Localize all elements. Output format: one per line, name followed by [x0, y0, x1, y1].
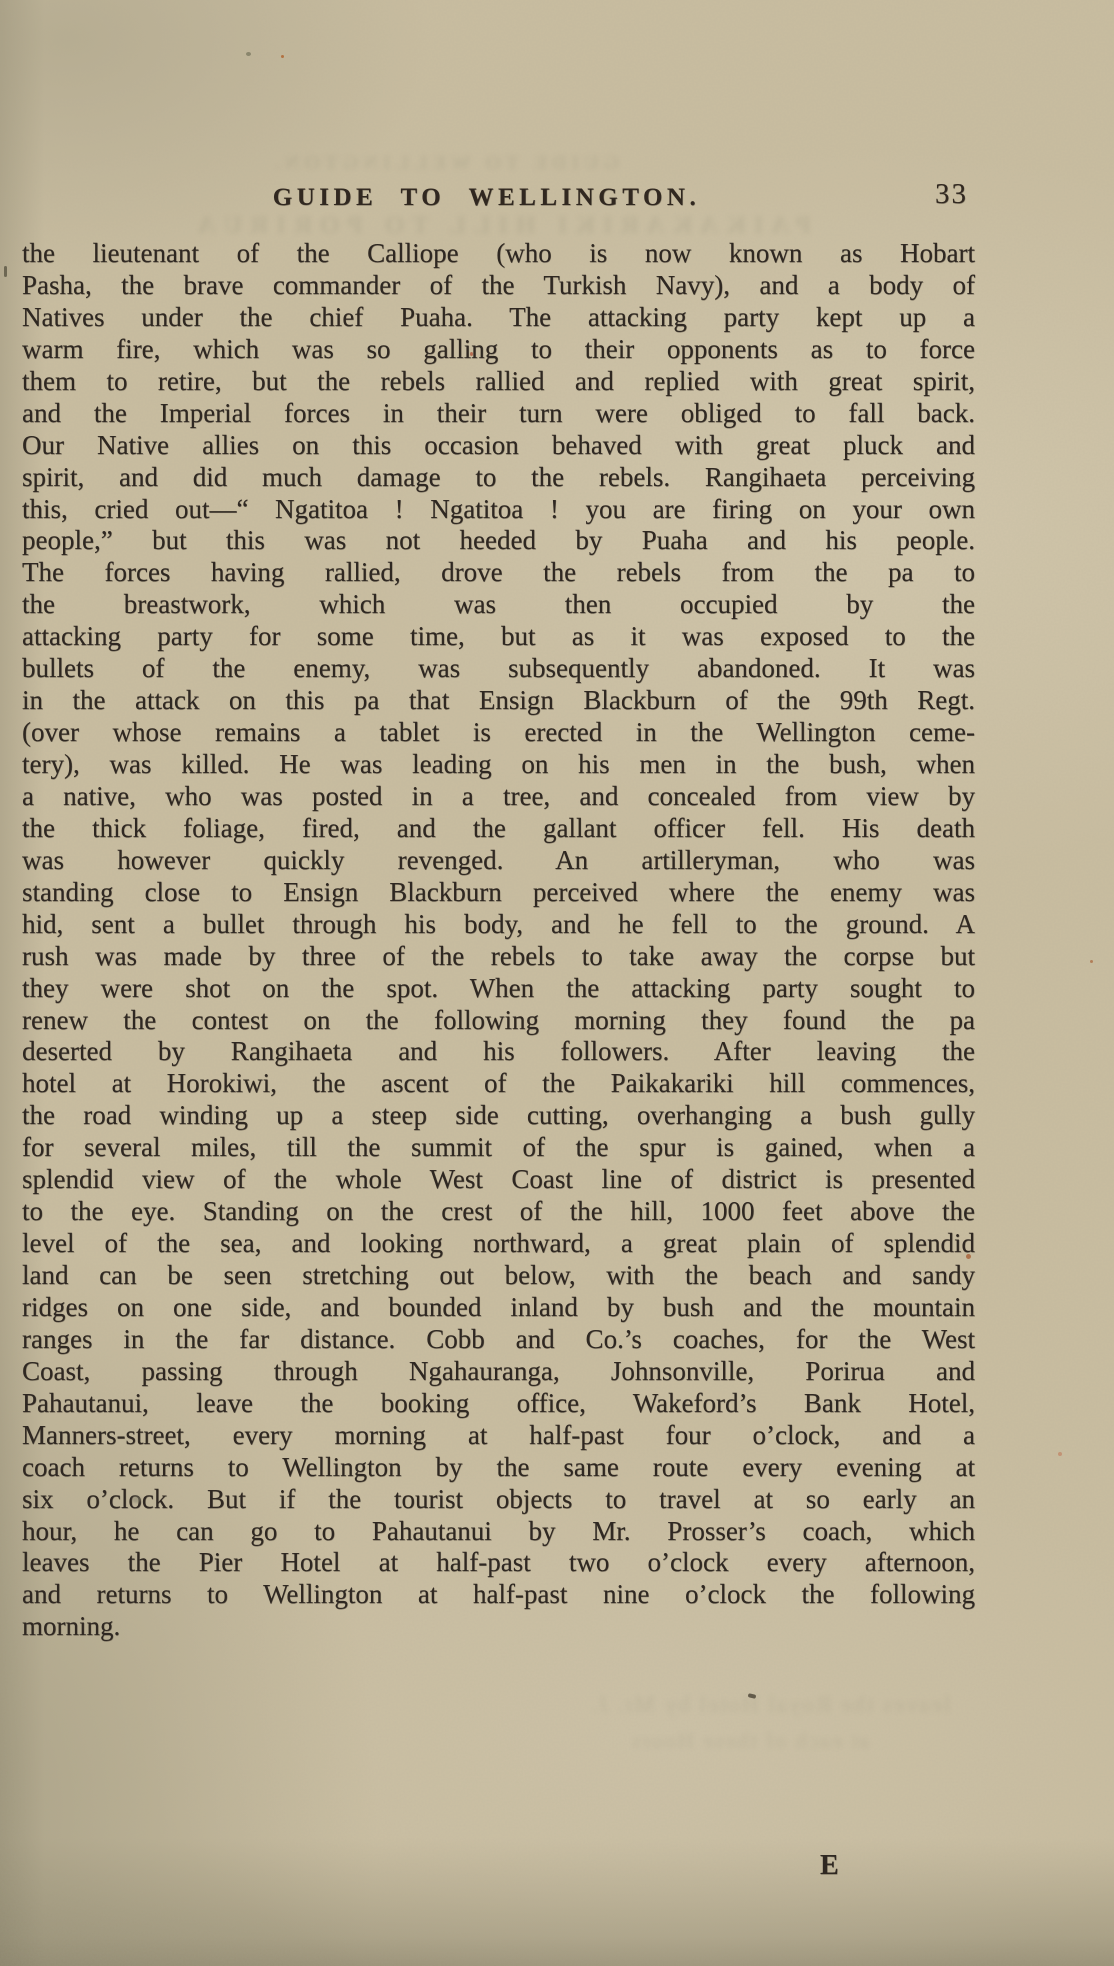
text-line: renew the contest on the following morni… — [22, 1005, 975, 1037]
text-line: splendid view of the whole West Coast li… — [22, 1164, 975, 1196]
text-line: the lieutenant of the Calliope (who is n… — [22, 238, 975, 270]
text-line: they were shot on the spot. When the att… — [22, 973, 975, 1005]
text-line: standing close to Ensign Blackburn perce… — [22, 877, 975, 909]
text-line: Coast, passing through Ngahauranga, John… — [22, 1356, 975, 1388]
text-line: them to retire, but the rebels rallied a… — [22, 366, 975, 398]
text-line: Natives under the chief Puaha. The attac… — [22, 302, 975, 334]
text-line: and returns to Wellington at half-past n… — [22, 1579, 975, 1611]
paper-speck — [246, 52, 251, 56]
text-line: morning. — [22, 1611, 975, 1643]
text-line: rush was made by three of the rebels to … — [22, 941, 975, 973]
stray-ink-mark — [748, 1693, 757, 1699]
showthrough-ghost-header: GUIDE TO WELLINGTON. — [270, 152, 619, 175]
signature-mark: E — [820, 1850, 839, 1882]
text-line: (over whose remains a tablet is erected … — [22, 717, 975, 749]
text-line: tery), was killed. He was leading on his… — [22, 749, 975, 781]
text-line: in the attack on this pa that Ensign Bla… — [22, 685, 975, 717]
text-line: hour, he can go to Pahautanui by Mr. Pro… — [22, 1516, 975, 1548]
text-line: the road winding up a steep side cutting… — [22, 1100, 975, 1132]
paper-speck — [1058, 1452, 1062, 1456]
text-line: this, cried out—“ Ngatitoa ! Ngatitoa ! … — [22, 494, 975, 526]
text-line: a native, who was posted in a tree, and … — [22, 781, 975, 813]
text-line: six o’clock. But if the tourist objects … — [22, 1484, 975, 1516]
showthrough-ghost-bottom-2: at each of these Hours — [630, 1728, 869, 1754]
text-line: the thick foliage, fired, and the gallan… — [22, 813, 975, 845]
text-line: Pasha, the brave commander of the Turkis… — [22, 270, 975, 302]
text-line: the breastwork, which was then occupied … — [22, 589, 975, 621]
text-line: spirit, and did much damage to the rebel… — [22, 462, 975, 494]
text-line: warm fire, which was so galling to their… — [22, 334, 975, 366]
text-line: hid, sent a bullet through his body, and… — [22, 909, 975, 941]
running-header: GUIDE TO WELLINGTON. — [10, 184, 963, 212]
text-line: coach returns to Wellington by the same … — [22, 1452, 975, 1484]
text-line: to the eye. Standing on the crest of the… — [22, 1196, 975, 1228]
text-line: deserted by Rangihaeta and his followers… — [22, 1036, 975, 1068]
text-line: The forces having rallied, drove the reb… — [22, 557, 975, 589]
scanned-book-page: GUIDE TO WELLINGTON. PAIKAKARIKI HILL TO… — [0, 0, 1114, 1966]
text-line: Pahautanui, leave the booking office, Wa… — [22, 1388, 975, 1420]
text-line: Our Native allies on this occasion behav… — [22, 430, 975, 462]
text-line: was however quickly revenged. An artille… — [22, 845, 975, 877]
paper-speck — [1090, 960, 1093, 963]
text-line: land can be seen stretching out below, w… — [22, 1260, 975, 1292]
text-line: bullets of the enemy, was subsequently a… — [22, 653, 975, 685]
text-line: hotel at Horokiwi, the ascent of the Pai… — [22, 1068, 975, 1100]
text-line: leaves the Pier Hotel at half-past two o… — [22, 1547, 975, 1579]
paper-speck — [4, 266, 7, 277]
showthrough-ghost-bottom-1: leaves the Royal Hotel by Mr. J. — [590, 1692, 950, 1718]
paper-speck — [281, 55, 284, 58]
text-line: ranges in the far distance. Cobb and Co.… — [22, 1324, 975, 1356]
text-line: for several miles, till the summit of th… — [22, 1132, 975, 1164]
page-number: 33 — [935, 178, 968, 211]
text-line: Manners-street, every morning at half-pa… — [22, 1420, 975, 1452]
text-line: attacking party for some time, but as it… — [22, 621, 975, 653]
text-line: people,” but this was not heeded by Puah… — [22, 525, 975, 557]
body-text: the lieutenant of the Calliope (who is n… — [22, 238, 975, 1643]
text-line: and the Imperial forces in their turn we… — [22, 398, 975, 430]
showthrough-ghost-heading: PAIKAKARIKI HILL TO PORIRUA — [190, 212, 811, 240]
text-line: ridges on one side, and bounded inland b… — [22, 1292, 975, 1324]
text-line: level of the sea, and looking northward,… — [22, 1228, 975, 1260]
